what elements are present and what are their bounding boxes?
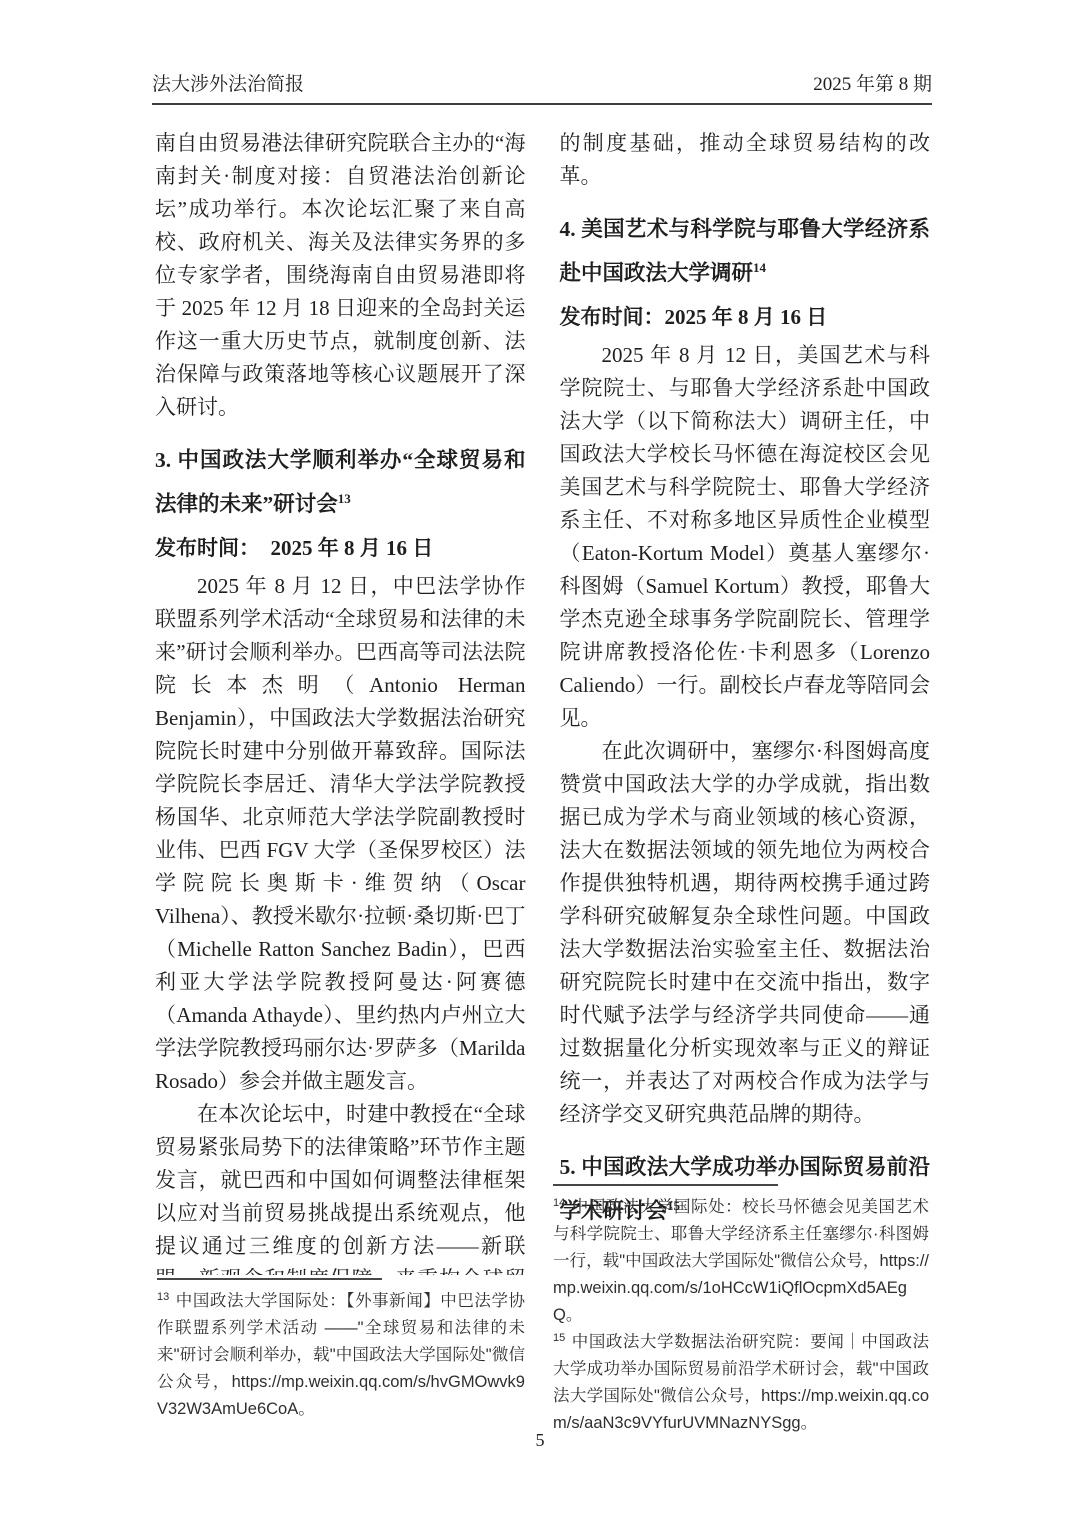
document-page: 法大涉外法治简报 2025 年第 8 期 南自由贸易港法律研究院联合主办的“海南… bbox=[0, 0, 1080, 1527]
footnote-13: 13中国政法大学国际处：【外事新闻】中巴法学协作联盟系列学术活动 ——"全球贸易… bbox=[157, 1288, 525, 1423]
section-3-paragraph-1: 2025 年 8 月 12 日，中巴法学协作联盟系列学术活动“全球贸易和法律的未… bbox=[155, 570, 526, 1098]
paragraph-continuation: 的制度基础，推动全球贸易结构的改革。 bbox=[560, 127, 931, 193]
section-4-paragraph-2: 在此次调研中，塞缪尔·科图姆高度赞赏中国政法大学的办学成就，指出数据已成为学术与… bbox=[560, 735, 931, 1131]
left-column: 南自由贸易港法律研究院联合主办的“海南封关·制度对接：自贸港法治创新论坛”成功举… bbox=[155, 127, 526, 1275]
section-4-heading-text: 4. 美国艺术与科学院与耶鲁大学经济系赴中国政法大学调研 bbox=[560, 217, 931, 285]
footnote-15-text: 中国政法大学数据法治研究院：要闻｜中国政法大学成功举办国际贸易前沿学术研讨会，载… bbox=[553, 1333, 929, 1432]
footnote-15: 15中国政法大学数据法治研究院：要闻｜中国政法大学成功举办国际贸易前沿学术研讨会… bbox=[553, 1329, 929, 1437]
footnote-14: 14中国政法大学国际处：校长马怀德会见美国艺术与科学院院士、耶鲁大学经济系主任塞… bbox=[553, 1194, 929, 1329]
section-4-heading: 4. 美国艺术与科学院与耶鲁大学经济系赴中国政法大学调研14 bbox=[560, 207, 931, 295]
header-publication-title: 法大涉外法治简报 bbox=[152, 70, 304, 100]
page-header: 法大涉外法治简报 2025 年第 8 期 bbox=[152, 70, 932, 105]
section-3-heading: 3. 中国政法大学顺利举办“全球贸易和法律的未来”研讨会13 bbox=[155, 438, 526, 526]
right-footnote-block: 14中国政法大学国际处：校长马怀德会见美国艺术与科学院院士、耶鲁大学经济系主任塞… bbox=[553, 1184, 929, 1437]
section-3-paragraph-2: 在本次论坛中，时建中教授在“全球贸易紧张局势下的法律策略”环节作主题发言，就巴西… bbox=[155, 1098, 526, 1275]
footnote-separator bbox=[553, 1184, 778, 1186]
header-issue-number: 2025 年第 8 期 bbox=[813, 70, 932, 100]
page-number: 5 bbox=[536, 1430, 545, 1450]
section-4-publish-date: 发布时间：2025 年 8 月 16 日 bbox=[560, 295, 931, 339]
page-footer: 5 bbox=[0, 1428, 1080, 1452]
footnote-ref-14: 14 bbox=[753, 260, 766, 275]
two-column-body: 南自由贸易港法律研究院联合主办的“海南封关·制度对接：自贸港法治创新论坛”成功举… bbox=[155, 127, 930, 1275]
footnote-ref-13: 13 bbox=[338, 491, 351, 506]
footnote-13-text: 中国政法大学国际处：【外事新闻】中巴法学协作联盟系列学术活动 ——"全球贸易和法… bbox=[157, 1292, 525, 1418]
right-column: 的制度基础，推动全球贸易结构的改革。 4. 美国艺术与科学院与耶鲁大学经济系赴中… bbox=[560, 127, 931, 1275]
footnote-14-number: 14 bbox=[553, 1197, 565, 1209]
paragraph-continuation: 南自由贸易港法律研究院联合主办的“海南封关·制度对接：自贸港法治创新论坛”成功举… bbox=[155, 127, 526, 424]
footnote-separator bbox=[157, 1278, 382, 1280]
left-footnote-block: 13中国政法大学国际处：【外事新闻】中巴法学协作联盟系列学术活动 ——"全球贸易… bbox=[157, 1278, 525, 1423]
footnote-15-number: 15 bbox=[553, 1332, 565, 1344]
section-3-publish-date: 发布时间： 2025 年 8 月 16 日 bbox=[155, 526, 526, 570]
section-4-paragraph-1: 2025 年 8 月 12 日，美国艺术与科学院院士、与耶鲁大学经济系赴中国政法… bbox=[560, 339, 931, 735]
footnote-13-number: 13 bbox=[157, 1291, 169, 1303]
footnote-14-text: 中国政法大学国际处：校长马怀德会见美国艺术与科学院院士、耶鲁大学经济系主任塞缪尔… bbox=[553, 1198, 929, 1324]
